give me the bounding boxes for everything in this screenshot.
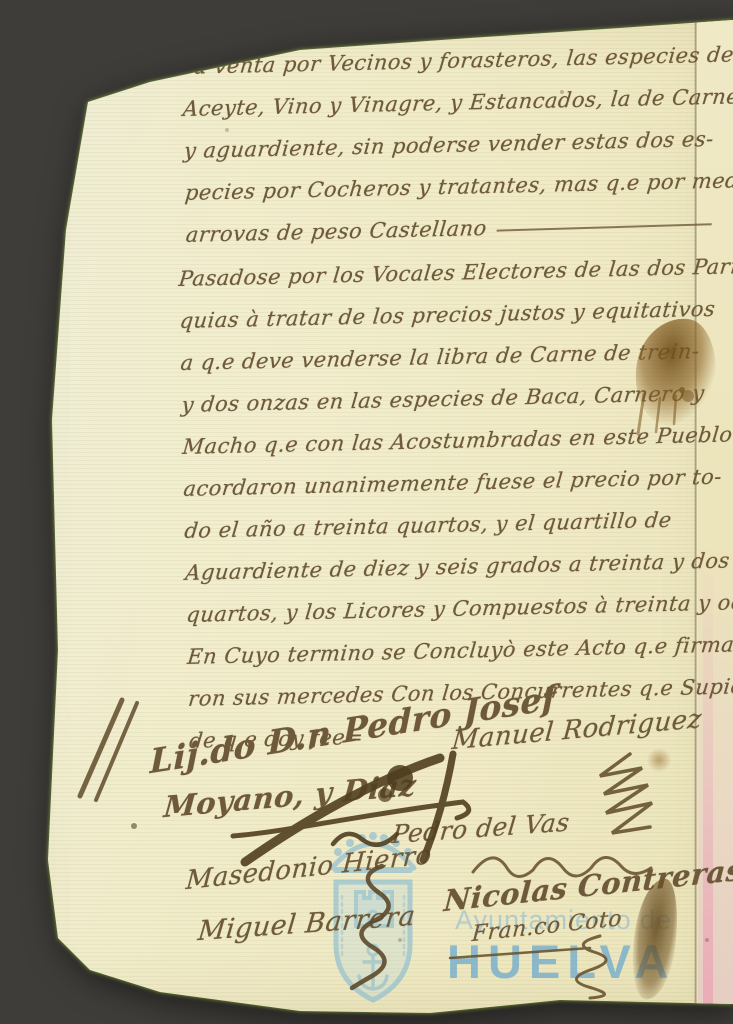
stain-small-dot xyxy=(646,748,672,772)
rubric-del-vas-loops xyxy=(468,842,658,887)
manuscript-page: Ayuntamiento de HUELVA su venta por Veci… xyxy=(0,0,733,1024)
rubric-brace xyxy=(348,862,393,992)
paper-speckles xyxy=(0,0,4,4)
corner-crease xyxy=(84,5,256,56)
ink-stain-drips xyxy=(630,390,710,450)
rubric-moyano-strokes xyxy=(215,740,485,870)
archive-photo: Ayuntamiento de HUELVA su venta por Veci… xyxy=(0,0,733,1024)
stain-top xyxy=(540,4,562,30)
